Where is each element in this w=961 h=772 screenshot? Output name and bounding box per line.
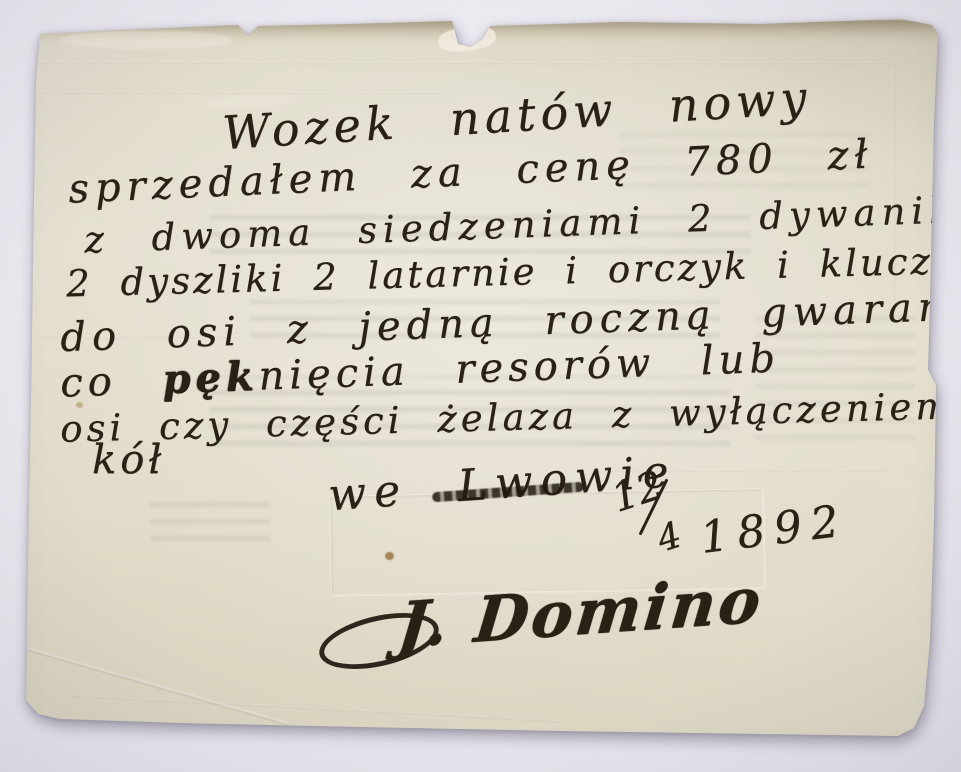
paper-document: Wozek natów nowy sprzedałem za cenę 780 … [0, 0, 961, 772]
line-6-overwritten-word: pęk [162, 353, 260, 403]
show-through-print [150, 495, 270, 541]
handwritten-line-8: kół [92, 440, 165, 480]
photo-backdrop: Wozek natów nowy sprzedałem za cenę 780 … [0, 0, 961, 772]
crease [28, 648, 288, 725]
crease [40, 62, 900, 64]
crease [60, 694, 559, 722]
date-fraction-bottom: 4 [653, 517, 686, 558]
tear-fiber [62, 31, 232, 49]
paper-shadow-wrap: Wozek natów nowy sprzedałem za cenę 780 … [0, 0, 961, 772]
crease [40, 92, 440, 94]
line-6-prefix: co [59, 357, 163, 407]
stain-spot [385, 552, 394, 560]
